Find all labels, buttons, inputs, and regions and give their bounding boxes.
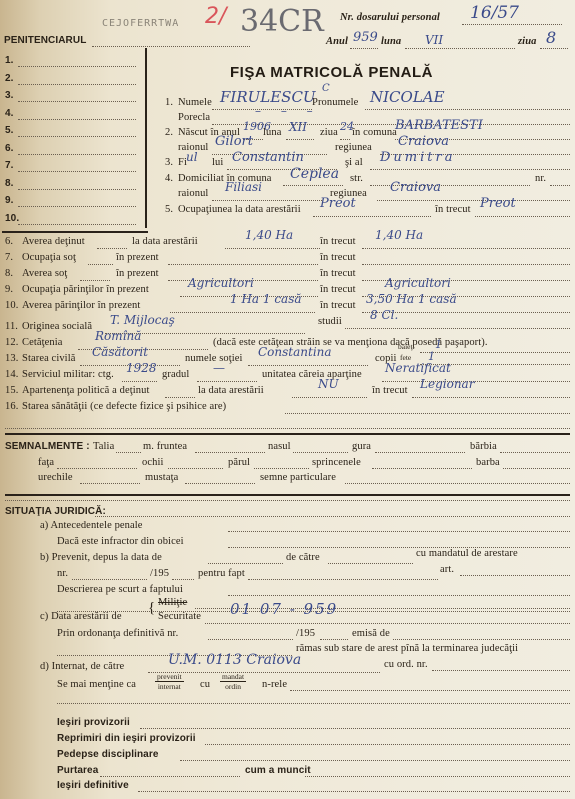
nascut-raion-value: Gilort <box>215 134 253 149</box>
b-195-label: /195 <box>150 568 169 579</box>
left-box-line <box>18 119 136 120</box>
securitate-label: Securitate <box>158 611 201 622</box>
left-box-line <box>18 154 136 155</box>
penitenciar-line <box>92 46 250 47</box>
fill-line <box>57 703 570 704</box>
prevenit-internat-fraction: prevenitinternat <box>155 672 184 691</box>
left-box-item-10: 10. <box>5 213 19 224</box>
field-5-num: 5. <box>165 204 173 215</box>
left-box-item-1: 1. <box>5 55 14 66</box>
field-num: 12. <box>5 337 18 348</box>
fill-line <box>100 776 240 777</box>
fill-line <box>283 185 343 186</box>
fill-line <box>313 216 431 217</box>
left-box-item-3: 3. <box>5 90 14 101</box>
fill-line <box>460 575 570 576</box>
militie-label-text: Miliţie <box>158 597 187 608</box>
antecedente-label: a) Antecedentele penale <box>40 520 143 531</box>
sotie-value: Constantina <box>258 345 332 359</box>
cetatenia-label: Cetăţenia <box>22 337 63 348</box>
fill-line <box>122 381 157 382</box>
iesiri-label: Ieşiri provizorii <box>57 717 130 728</box>
stare-civila-value: Căsătorit <box>92 345 148 359</box>
left-box-line <box>18 206 136 207</box>
b-nr-label: nr. <box>57 568 68 579</box>
fill-line <box>362 248 570 249</box>
averea-value: 1,40 Ha <box>245 228 293 242</box>
ctg-value: 1928 <box>126 361 157 375</box>
fill-line <box>205 744 570 745</box>
averea-label: Averea deţinut <box>22 236 85 247</box>
left-box-line <box>18 84 136 85</box>
ocupatie-parinti-value: Agricultori <box>188 276 254 290</box>
fill-line <box>212 200 322 201</box>
left-box-line <box>18 171 136 172</box>
reprimiri-label: Reprimiri din ieşiri provizorii <box>57 733 196 744</box>
domiciliu-raion-value: Filiasi <box>225 180 262 194</box>
fill-line <box>292 397 367 398</box>
studii-value: 8 Cl. <box>370 308 398 322</box>
left-box-line <box>18 189 136 190</box>
fill-line <box>97 248 127 249</box>
barba-label: barba <box>476 457 500 468</box>
internat-value: U.M. 0113 Craiova <box>168 652 301 668</box>
fill-line <box>370 169 570 170</box>
ocupatie-trecut-label: în trecut <box>435 204 471 215</box>
left-box-item-7: 7. <box>5 160 14 171</box>
field-num: 13. <box>5 353 18 364</box>
pronumele-mark: C <box>322 83 330 94</box>
averea-sot-label: Averea soţ <box>22 268 67 279</box>
cu-label: cu <box>200 679 210 690</box>
fill-line <box>420 352 570 353</box>
gradul-value: — <box>213 361 225 375</box>
section-rule-2 <box>5 494 570 496</box>
gura-label: gura <box>352 441 371 452</box>
fill-line <box>5 428 570 429</box>
averea-data-label: la data arestării <box>132 236 198 247</box>
averea-sot-trecut-label: în trecut <box>320 268 356 279</box>
fill-line <box>365 109 570 110</box>
fill-line <box>138 791 570 792</box>
field-num: 15. <box>5 385 18 396</box>
red-file-number: 2/ <box>205 4 226 29</box>
cetatenia-value: Romînă <box>95 329 141 343</box>
fiul-value: ul <box>186 150 198 164</box>
parinti-trecut-label: în trecut <box>320 284 356 295</box>
ziua-line <box>540 48 568 49</box>
ocupatie-value: Preot <box>320 196 356 211</box>
nr-label: nr. <box>535 173 546 184</box>
militie-label: { <box>148 600 155 617</box>
averea-parinti-value: 1 Ha 1 casă <box>230 292 302 306</box>
unitate-value: Neratificat <box>385 361 451 375</box>
fill-line <box>197 381 257 382</box>
stare-civila-label: Starea civilă <box>22 353 75 364</box>
averea-parinti-trecut-value: 3,50 Ha 1 casă <box>366 292 457 306</box>
fill-line <box>140 728 570 729</box>
fill-line <box>180 760 570 761</box>
fill-line <box>345 483 570 484</box>
ziua-value: 8 <box>546 28 556 47</box>
fill-line <box>293 452 348 453</box>
fill-line <box>328 563 413 564</box>
dosar-value: 16/57 <box>470 3 519 23</box>
fill-line <box>168 264 318 265</box>
left-box-item-2: 2. <box>5 73 14 84</box>
baieti-label: băieţi <box>398 342 415 351</box>
fill-line <box>320 639 348 640</box>
fill-line <box>195 452 265 453</box>
fill-line <box>208 639 293 640</box>
dosar-line <box>462 24 562 25</box>
document-title: FIŞA MATRICOLĂ PENALĂ <box>230 64 433 81</box>
fill-line <box>170 312 315 313</box>
fill-line <box>185 483 255 484</box>
securitate-value: 01 07 - 959 <box>230 600 338 618</box>
anul-value: 959 <box>353 30 378 45</box>
prevenit-label: b) Prevenit, depus la data de <box>40 552 162 563</box>
left-box-item-9: 9. <box>5 195 14 206</box>
fill-line <box>345 328 570 329</box>
left-box-line <box>18 224 136 225</box>
fill-line <box>80 483 140 484</box>
left-box-line <box>18 66 136 67</box>
infractor-label: Dacă este infractor din obicei <box>57 536 184 547</box>
fill-line <box>340 139 350 140</box>
pentru-fapt-label: pentru fapt <box>198 568 245 579</box>
pedepse-label: Pedepse disciplinare <box>57 749 159 760</box>
politica-trecut-value: Legionar <box>420 377 474 391</box>
left-box-bottom-rule <box>2 231 148 233</box>
origine-value: T. Mijlocaş <box>110 313 175 327</box>
field-num: 11. <box>5 321 18 332</box>
nascut-comuna-label: în comuna <box>352 127 397 138</box>
luna-line <box>405 48 515 49</box>
porecla-value: – – – <box>255 104 321 118</box>
fill-line <box>165 397 195 398</box>
sanatate-label: Starea sănătăţii (ce defecte fizice şi p… <box>22 401 226 412</box>
mandat-option-label: mandat <box>220 672 246 682</box>
fill-line <box>503 468 570 469</box>
fill-line <box>248 579 438 580</box>
nascut-regiune-value: Craiova <box>398 134 449 149</box>
fill-line <box>5 500 570 501</box>
field-num: 7. <box>5 252 13 263</box>
fill-line <box>286 139 314 140</box>
field-3-num: 3. <box>165 157 173 168</box>
nasul-label: nasul <box>268 441 291 452</box>
anul-line <box>350 48 378 49</box>
sprincenele-label: sprincenele <box>312 457 361 468</box>
politica-value: NU <box>318 377 339 391</box>
fill-line <box>228 595 570 596</box>
semne-label: semne particulare <box>260 472 336 483</box>
nascut-ziua-label: ziua <box>320 127 338 138</box>
field-1-num: 1. <box>165 97 173 108</box>
field-num: 9. <box>5 284 13 295</box>
left-box-item-4: 4. <box>5 108 14 119</box>
penitenciar-label: PENITENCIARUL <box>4 35 86 46</box>
ordonanta-195-label: /195 <box>296 628 315 639</box>
si-al-label: şi al <box>345 157 363 168</box>
cu-ord-label: cu ord. nr. <box>384 659 428 670</box>
politica-data-label: la data arestării <box>198 385 264 396</box>
de-catre-label: de către <box>286 552 320 563</box>
averea-parinti-trecut-label: în trecut <box>320 300 356 311</box>
internat-label: d) Internat, de către <box>40 661 124 672</box>
nrele-label: n-rele <box>262 679 287 690</box>
averea-trecut-label: în trecut <box>320 236 356 247</box>
ochii-label: ochii <box>142 457 164 468</box>
ordin-label: ordin <box>225 682 241 691</box>
domiciliu-regiune-value: Craiova <box>390 180 441 195</box>
fill-line <box>290 690 570 691</box>
purtarea-label: Purtarea <box>57 765 98 776</box>
fill-line <box>205 623 570 624</box>
fill-line <box>208 563 283 564</box>
section-rule-1 <box>5 433 570 435</box>
ocupatie-parinti-trecut-value: Agricultori <box>385 276 451 290</box>
field-num: 10. <box>5 300 18 311</box>
ocupatie-trecut-value: Preot <box>480 196 516 211</box>
urechile-label: urechile <box>38 472 73 483</box>
fill-line <box>228 531 570 532</box>
studii-label: studii <box>318 316 342 327</box>
lui-label: lui <box>212 157 223 168</box>
fill-line <box>305 776 570 777</box>
ziua-label: ziua <box>518 36 537 47</box>
politica-trecut-label: în trecut <box>372 385 408 396</box>
sot-prezent-label: în prezent <box>116 252 159 263</box>
numele-label: Numele <box>178 97 212 108</box>
emisa-label: emisă de <box>352 628 390 639</box>
fill-line <box>254 468 309 469</box>
mustata-label: mustaţa <box>145 472 178 483</box>
prevenit-label: prevenit <box>155 672 184 682</box>
nascut-regiune-label: regiunea <box>335 142 372 153</box>
fill-line <box>168 468 223 469</box>
ordonanta-label: Prin ordonanţa definitivă nr. <box>57 628 178 639</box>
fill-line <box>500 452 570 453</box>
fill-line <box>116 452 141 453</box>
fill-line <box>475 216 570 217</box>
mandat-ordin-fraction: mandatordin <box>220 672 246 691</box>
iesiri-def-label: Ieşiri definitive <box>57 780 129 791</box>
left-box-border <box>145 48 147 228</box>
talia-label: Talia <box>93 441 114 452</box>
left-box-line <box>18 101 136 102</box>
fill-line <box>248 365 368 366</box>
averea-sot-prezent-label: în prezent <box>116 268 159 279</box>
domiciliu-raion-label: raionul <box>178 188 208 199</box>
field-num: 14. <box>5 369 18 380</box>
grey-file-number: 34CR <box>240 4 324 39</box>
luna-value: VII <box>425 33 443 47</box>
domiciliu-comuna-value: Ceplea <box>290 166 339 182</box>
field-num: 6. <box>5 236 13 247</box>
mandat-label: cu mandatul de arestare <box>416 548 518 559</box>
left-box-item-5: 5. <box>5 125 14 136</box>
left-box-item-8: 8. <box>5 178 14 189</box>
fill-line <box>377 200 570 201</box>
penitenciar-stamp: CEJOFERRTWA <box>102 18 179 29</box>
anul-label: Anul <box>326 36 348 47</box>
barbia-label: bărbia <box>470 441 497 452</box>
semnalmente-heading: SEMNALMENTE : <box>5 441 90 452</box>
fill-line <box>550 185 570 186</box>
father-value: Constantin <box>232 150 304 165</box>
ocupatie-label: Ocupaţiunea la data arestării <box>178 204 301 215</box>
art-label: art. <box>440 564 454 575</box>
fill-line <box>228 547 570 548</box>
nascut-luna-value: XII <box>289 120 307 134</box>
ocupatie-parinti-label: Ocupaţia părinţilor în prezent <box>22 284 149 295</box>
str-label: str. <box>350 173 363 184</box>
serviciu-militar-label: Serviciul militar: ctg. <box>22 369 114 380</box>
fill-line <box>88 264 113 265</box>
fill-line <box>172 579 194 580</box>
field-2-num: 2. <box>165 127 173 138</box>
unitate-label: unitatea căreia aparţine <box>262 369 362 380</box>
fill-line <box>80 280 110 281</box>
fill-line <box>362 264 570 265</box>
baieti-value: 1 <box>435 338 442 351</box>
parul-label: părul <box>228 457 250 468</box>
fill-line <box>382 381 570 382</box>
sot-trecut-label: în trecut <box>320 252 356 263</box>
descrierea-label: Descrierea pe scurt a faptului <box>57 584 183 595</box>
fill-line <box>225 248 320 249</box>
averea-parinti-label: Averea părinţilor în prezent <box>22 300 140 311</box>
nascut-luna-label: luna <box>263 127 281 138</box>
fill-line <box>393 639 570 640</box>
gradul-label: gradul <box>162 369 189 380</box>
ocupatie-sot-label: Ocupaţia soţ <box>22 252 76 263</box>
ramas-label: rămas sub stare de arest pînă la termina… <box>296 643 518 654</box>
fill-line <box>57 468 137 469</box>
left-box-line <box>18 136 136 137</box>
field-4-num: 4. <box>165 173 173 184</box>
fill-line <box>375 452 465 453</box>
fill-line <box>412 397 570 398</box>
juridica-heading: SITUAŢIA JURIDICĂ: <box>5 506 106 517</box>
field-num: 16. <box>5 401 18 412</box>
fill-line <box>72 579 147 580</box>
internat-option-label: internat <box>158 682 181 691</box>
nascut-comuna-value: BARBATESTI <box>395 118 483 133</box>
dosar-label: Nr. dosarului personal <box>340 12 440 23</box>
politica-label: Apartenenţa politică a deţinut <box>22 385 150 396</box>
pronumele-value: NICOLAE <box>370 88 445 106</box>
luna-label: luna <box>381 36 401 47</box>
porecla-label: Porecla <box>178 112 210 123</box>
fill-line <box>285 413 570 414</box>
averea-trecut-value: 1,40 Ha <box>375 228 423 242</box>
fruntea-label: m. fruntea <box>143 441 187 452</box>
data-arestarii-label: c) Data arestării de <box>40 611 122 622</box>
cetatenia-note: (dacă este cetăţean străin se va menţion… <box>213 337 488 348</box>
mother-value: Dumitra <box>380 150 455 165</box>
cum-label: cum a muncit <box>245 765 311 776</box>
fill-line <box>372 468 472 469</box>
fill-line <box>95 516 570 517</box>
origine-label: Originea socială <box>22 321 92 332</box>
se-mai-label: Se mai menţine ca <box>57 679 136 690</box>
fata-label: faţa <box>38 457 54 468</box>
field-num: 8. <box>5 268 13 279</box>
fill-line <box>432 670 570 671</box>
left-box-item-6: 6. <box>5 143 14 154</box>
